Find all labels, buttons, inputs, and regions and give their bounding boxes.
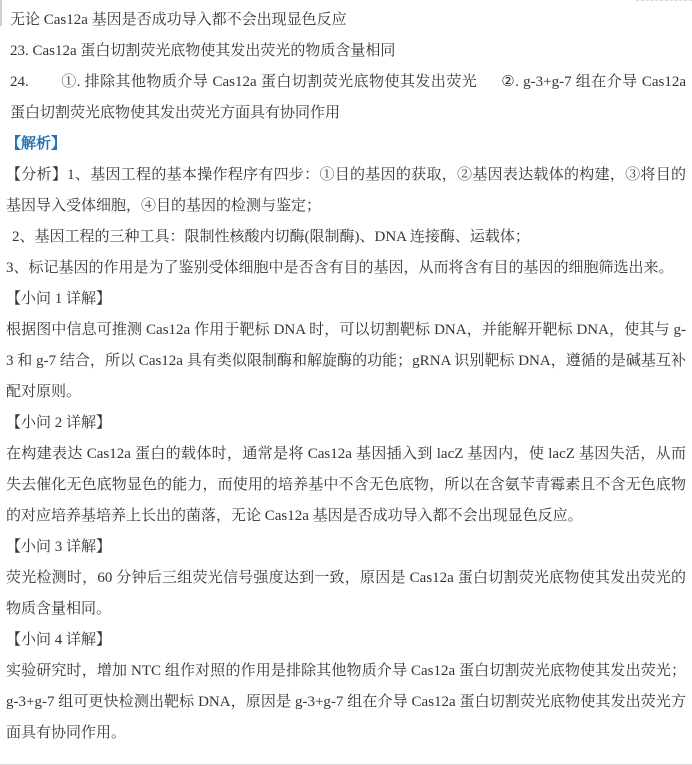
- detail-1-heading: 【小问 1 详解】: [6, 284, 686, 315]
- jiexi-section-heading: 【解析】: [6, 129, 686, 160]
- page-edge-left-artifact: [0, 0, 2, 26]
- fenxi-point-3-text: 3、标记基因的作用是为了鉴别受体细胞中是否含有目的基因，从而将含有目的基因的细胞…: [6, 253, 686, 284]
- detail-4-body-text: 实验研究时，增加 NTC 组作对照的作用是排除其他物质介导 Cas12a 蛋白切…: [6, 656, 686, 749]
- detail-4-heading: 【小问 4 详解】: [6, 625, 686, 656]
- answer-24-number: 24.: [10, 67, 29, 98]
- page-edge-top-right-artifact: [636, 0, 692, 1]
- detail-1-body-text: 根据图中信息可推测 Cas12a 作用于靶标 DNA 时，可以切割靶标 DNA，…: [6, 315, 686, 408]
- detail-2-heading: 【小问 2 详解】: [6, 408, 686, 439]
- detail-2-body-text: 在构建表达 Cas12a 蛋白的载体时，通常是将 Cas12a 基因插入到 la…: [6, 439, 686, 532]
- answer-24-blank1-text: ①. 排除其他物质介导 Cas12a 蛋白切割荧光底物使其发出荧光: [61, 74, 478, 90]
- detail-3-body-text: 荧光检测时，60 分钟后三组荧光信号强度达到一致，原因是 Cas12a 蛋白切割…: [6, 563, 686, 625]
- fenxi-point-2-text: 2、基因工程的三种工具：限制性核酸内切酶(限制酶)、DNA 连接酶、运载体；: [6, 222, 686, 253]
- answer-23-text: 23. Cas12a 蛋白切割荧光底物使其发出荧光的物质含量相同: [6, 36, 686, 67]
- detail-3-heading: 【小问 3 详解】: [6, 532, 686, 563]
- fenxi-point-1-text: 【分析】1、基因工程的基本操作程序有四步：①目的基因的获取，②基因表达载体的构建…: [6, 160, 686, 222]
- answer-24-text: 24.①. 排除其他物质介导 Cas12a 蛋白切割荧光底物使其发出荧光②. g…: [6, 67, 686, 129]
- document-page: 无论 Cas12a 基因是否成功导入都不会出现显色反应 23. Cas12a 蛋…: [0, 0, 692, 749]
- answer-22-continuation-text: 无论 Cas12a 基因是否成功导入都不会出现显色反应: [6, 5, 686, 36]
